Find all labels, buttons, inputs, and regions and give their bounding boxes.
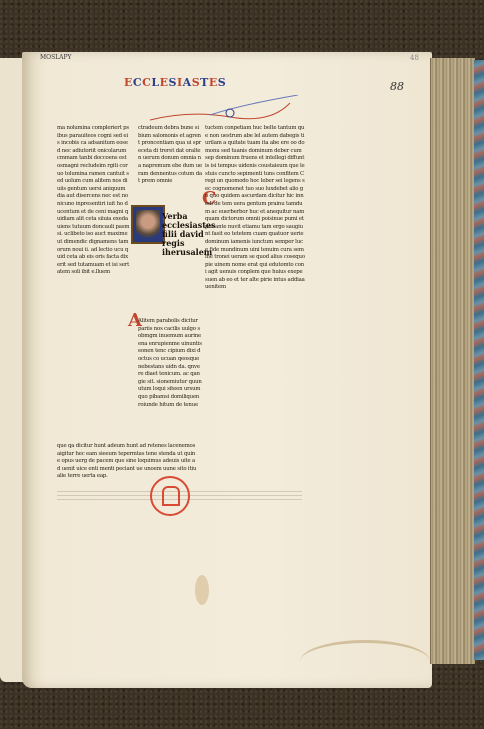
folio-number: 88 [390, 80, 404, 93]
historiated-initial [131, 205, 165, 244]
text-column-left: ma nolumina compleriert psibus parauiteo… [57, 125, 130, 445]
shelfmark-note: MOSLAPY [40, 54, 72, 61]
penwork-flourish [150, 95, 300, 125]
marbled-cover [474, 60, 484, 660]
text-column-right: tuctem conpetiam huc belte tantum que no… [205, 125, 305, 465]
fold-crease [300, 640, 430, 683]
running-title: ECCLESIASTES [124, 76, 226, 89]
library-seal-stamp [150, 476, 190, 516]
modern-foliation: 48 [410, 54, 419, 62]
incipit-text: Verba ecclesiastes filii david regis ihe… [162, 212, 207, 257]
page-edges [430, 58, 475, 664]
stain-mark [195, 575, 209, 605]
